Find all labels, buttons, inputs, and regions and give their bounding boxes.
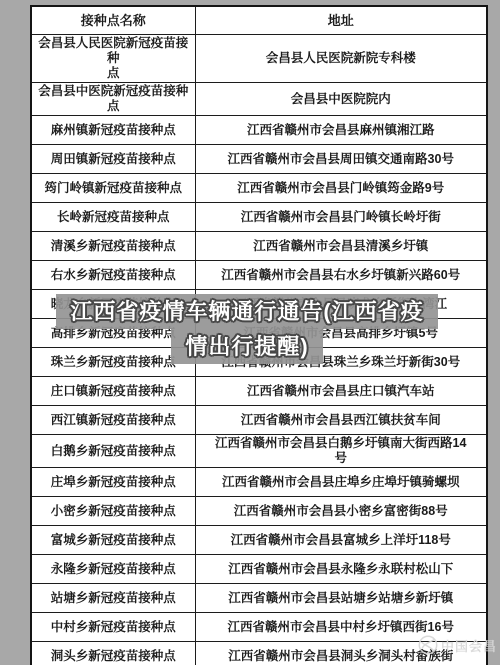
table-row: 清溪乡新冠疫苗接种点江西省赣州市会昌县清溪乡圩镇 bbox=[31, 232, 487, 261]
site-address-cell: 江西省赣州市会昌县西江镇扶贫车间 bbox=[195, 406, 487, 435]
site-address-cell: 江西省赣州市会昌县门岭镇筠金路9号 bbox=[195, 174, 487, 203]
table-row: 晓龙乡新冠疫苗接种点江西省赣州市会昌县晓龙乡新街大湾江 bbox=[31, 290, 487, 319]
table-row: 站塘乡新冠疫苗接种点江西省赣州市会昌县站塘乡站塘乡新圩镇 bbox=[31, 584, 487, 613]
table-row: 小密乡新冠疫苗接种点江西省赣州市会昌县小密乡富密街88号 bbox=[31, 497, 487, 526]
site-name-cell: 周田镇新冠疫苗接种点 bbox=[31, 145, 195, 174]
table-row: 长岭新冠疫苗接种点江西省赣州市会昌县门岭镇长岭圩街 bbox=[31, 203, 487, 232]
site-address-cell: 江西省赣州市会昌县清溪乡圩镇 bbox=[195, 232, 487, 261]
site-name-cell: 晓龙乡新冠疫苗接种点 bbox=[31, 290, 195, 319]
site-name-cell: 高排乡新冠疫苗接种点 bbox=[31, 319, 195, 348]
site-address-cell: 江西省赣州市会昌县白鹅乡圩镇南大街西路14 号 bbox=[195, 435, 487, 468]
site-name-cell: 白鹅乡新冠疫苗接种点 bbox=[31, 435, 195, 468]
table-row: 庄口镇新冠疫苗接种点江西省赣州市会昌县庄口镇汽车站 bbox=[31, 377, 487, 406]
site-address-cell: 江西省赣州市会昌县右水乡圩镇新兴路60号 bbox=[195, 261, 487, 290]
site-address-cell: 江西省赣州市会昌县庄口镇汽车站 bbox=[195, 377, 487, 406]
site-name-cell: 中村乡新冠疫苗接种点 bbox=[31, 613, 195, 642]
watermark-label: 中国会昌 bbox=[441, 636, 497, 655]
site-address-cell: 江西省赣州市会昌县站塘乡站塘乡新圩镇 bbox=[195, 584, 487, 613]
site-address-cell: 会昌县人民医院新院专科楼 bbox=[195, 35, 487, 83]
table-row: 右水乡新冠疫苗接种点江西省赣州市会昌县右水乡圩镇新兴路60号 bbox=[31, 261, 487, 290]
site-name-cell: 麻州镇新冠疫苗接种点 bbox=[31, 116, 195, 145]
site-name-cell: 永隆乡新冠疫苗接种点 bbox=[31, 555, 195, 584]
table-header-row: 接种点名称 地址 bbox=[31, 6, 487, 35]
table-row: 会昌县人民医院新冠疫苗接种 点会昌县人民医院新院专科楼 bbox=[31, 35, 487, 83]
site-address-cell: 江西省赣州市会昌县永隆乡永联村松山下 bbox=[195, 555, 487, 584]
site-name-cell: 长岭新冠疫苗接种点 bbox=[31, 203, 195, 232]
table-row: 富城乡新冠疫苗接种点江西省赣州市会昌县富城乡上洋圩118号 bbox=[31, 526, 487, 555]
table-row: 周田镇新冠疫苗接种点江西省赣州市会昌县周田镇交通南路30号 bbox=[31, 145, 487, 174]
site-name-cell: 富城乡新冠疫苗接种点 bbox=[31, 526, 195, 555]
site-name-cell: 洞头乡新冠疫苗接种点 bbox=[31, 642, 195, 665]
site-name-cell: 会昌县中医院新冠疫苗接种点 bbox=[31, 83, 195, 116]
globe-icon bbox=[417, 634, 439, 656]
site-address-cell: 江西省赣州市会昌县富城乡上洋圩118号 bbox=[195, 526, 487, 555]
site-address-cell: 江西省赣州市会昌县晓龙乡新街大湾江 bbox=[195, 290, 487, 319]
site-name-cell: 清溪乡新冠疫苗接种点 bbox=[31, 232, 195, 261]
site-name-cell: 筠门岭镇新冠疫苗接种点 bbox=[31, 174, 195, 203]
table-row: 珠兰乡新冠疫苗接种点江西省赣州市会昌县珠兰乡珠兰圩新街30号 bbox=[31, 348, 487, 377]
site-address-cell: 江西省赣州市会昌县麻州镇湘江路 bbox=[195, 116, 487, 145]
site-name-cell: 庄埠乡新冠疫苗接种点 bbox=[31, 468, 195, 497]
table-body: 会昌县人民医院新冠疫苗接种 点会昌县人民医院新院专科楼会昌县中医院新冠疫苗接种点… bbox=[31, 35, 487, 665]
vaccination-sites-table: 接种点名称 地址 会昌县人民医院新冠疫苗接种 点会昌县人民医院新院专科楼会昌县中… bbox=[30, 5, 488, 665]
table-row: 会昌县中医院新冠疫苗接种点会昌县中医院院内 bbox=[31, 83, 487, 116]
table-row: 麻州镇新冠疫苗接种点江西省赣州市会昌县麻州镇湘江路 bbox=[31, 116, 487, 145]
col-header-address: 地址 bbox=[195, 6, 487, 35]
site-name-cell: 西江镇新冠疫苗接种点 bbox=[31, 406, 195, 435]
site-name-cell: 小密乡新冠疫苗接种点 bbox=[31, 497, 195, 526]
table-row: 西江镇新冠疫苗接种点江西省赣州市会昌县西江镇扶贫车间 bbox=[31, 406, 487, 435]
site-name-cell: 珠兰乡新冠疫苗接种点 bbox=[31, 348, 195, 377]
page: 接种点名称 地址 会昌县人民医院新冠疫苗接种 点会昌县人民医院新院专科楼会昌县中… bbox=[0, 0, 500, 665]
site-address-cell: 江西省赣州市会昌县小密乡富密街88号 bbox=[195, 497, 487, 526]
site-name-cell: 右水乡新冠疫苗接种点 bbox=[31, 261, 195, 290]
table-row: 庄埠乡新冠疫苗接种点江西省赣州市会昌县庄埠乡庄埠圩镇骑螺坝 bbox=[31, 468, 487, 497]
table-row: 筠门岭镇新冠疫苗接种点江西省赣州市会昌县门岭镇筠金路9号 bbox=[31, 174, 487, 203]
site-address-cell: 江西省赣州市会昌县珠兰乡珠兰圩新街30号 bbox=[195, 348, 487, 377]
site-address-cell: 江西省赣州市会昌县高排乡圩镇5号 bbox=[195, 319, 487, 348]
site-address-cell: 会昌县中医院院内 bbox=[195, 83, 487, 116]
site-name-cell: 庄口镇新冠疫苗接种点 bbox=[31, 377, 195, 406]
table-row: 白鹅乡新冠疫苗接种点江西省赣州市会昌县白鹅乡圩镇南大街西路14 号 bbox=[31, 435, 487, 468]
table-row: 永隆乡新冠疫苗接种点江西省赣州市会昌县永隆乡永联村松山下 bbox=[31, 555, 487, 584]
site-name-cell: 站塘乡新冠疫苗接种点 bbox=[31, 584, 195, 613]
site-name-cell: 会昌县人民医院新冠疫苗接种 点 bbox=[31, 35, 195, 83]
col-header-site-name: 接种点名称 bbox=[31, 6, 195, 35]
site-address-cell: 江西省赣州市会昌县庄埠乡庄埠圩镇骑螺坝 bbox=[195, 468, 487, 497]
site-address-cell: 江西省赣州市会昌县门岭镇长岭圩街 bbox=[195, 203, 487, 232]
table-row: 高排乡新冠疫苗接种点江西省赣州市会昌县高排乡圩镇5号 bbox=[31, 319, 487, 348]
site-address-cell: 江西省赣州市会昌县周田镇交通南路30号 bbox=[195, 145, 487, 174]
watermark: 中国会昌 bbox=[417, 634, 497, 656]
